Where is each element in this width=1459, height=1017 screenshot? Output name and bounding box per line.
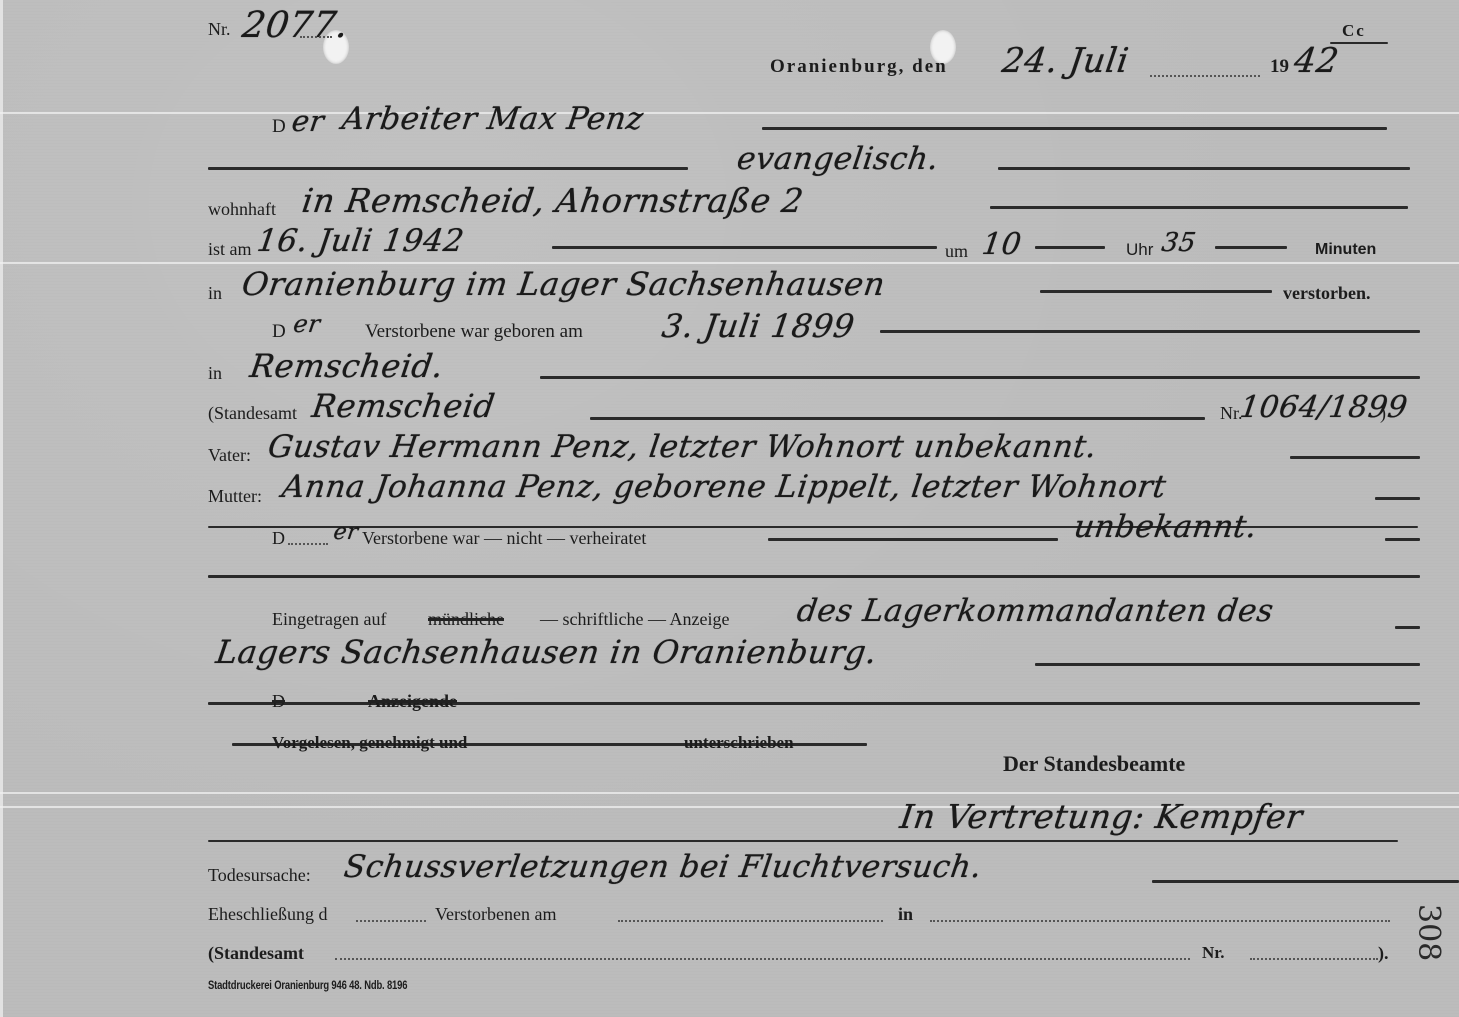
- deceased-article-prefix: D: [272, 117, 286, 136]
- marriage-nr-label: Nr.: [1202, 944, 1225, 961]
- marriage-in-label: in: [898, 905, 913, 923]
- birth-registry: Remscheid: [310, 390, 497, 422]
- fill-rule: [990, 206, 1408, 209]
- informant-struck-d: D: [272, 692, 285, 710]
- fill-rule: [998, 167, 1410, 170]
- fill-rule: [208, 575, 1420, 578]
- died-label: verstorben.: [1283, 284, 1370, 302]
- birth-place-label: in: [208, 364, 222, 382]
- death-date: 16. Juli 1942: [255, 226, 466, 257]
- year-suffix: 42: [1292, 44, 1341, 78]
- death-hour-label: um: [945, 242, 968, 260]
- scan-artifact-line: [0, 792, 1459, 794]
- fill-rule: [1035, 663, 1420, 666]
- uhr-label: Uhr: [1126, 241, 1153, 258]
- year-prefix: 19: [1270, 57, 1289, 76]
- deceased-residence: in Remscheid, Ahornstraße 2: [300, 184, 806, 217]
- marital-article-suffix: er: [332, 522, 360, 544]
- scan-artifact-line: [0, 262, 1459, 264]
- fill-rule: [1395, 626, 1420, 629]
- father-label: Vater:: [208, 446, 251, 464]
- fill-dots: [300, 36, 332, 38]
- registration-label: Eingetragen auf: [272, 610, 386, 628]
- fill-rule: [540, 376, 1420, 379]
- death-minutes: 35: [1160, 230, 1198, 256]
- fill-dots: [930, 920, 1390, 922]
- mother-name: Anna Johanna Penz, geborene Lippelt, let…: [280, 472, 1168, 503]
- printer-imprint: Stadtdruckerei Oranienburg 946 48. Ndb. …: [208, 981, 407, 993]
- marriage-close: ).: [1378, 944, 1389, 962]
- margin-number: 308: [1411, 904, 1446, 961]
- fill-rule: [1385, 538, 1420, 541]
- mother-residence-cont: unbekannt.: [1072, 512, 1259, 543]
- registrar-signature: In Vertretung: Kempfer: [898, 800, 1305, 833]
- marriage-label: Eheschließung d: [208, 905, 327, 923]
- birth-place: Remscheid.: [248, 350, 446, 382]
- fill-rule: [1215, 246, 1287, 249]
- signature-rule: [208, 840, 1398, 842]
- registrar-title: Der Standesbeamte: [1003, 753, 1185, 775]
- fill-dots: [335, 958, 1190, 960]
- fill-dots: [356, 920, 426, 922]
- registration-oral-struck: mündliche: [428, 610, 504, 628]
- fill-rule: [1290, 456, 1420, 459]
- register-number-label: Nr.: [208, 20, 231, 38]
- fill-rule: [552, 246, 937, 249]
- fill-rule: [208, 167, 688, 170]
- residence-label: wohnhaft: [208, 200, 276, 218]
- date-day-month: 24. Juli: [1000, 44, 1131, 78]
- marriage-registry-label: (Standesamt: [208, 944, 304, 962]
- marital-article-prefix: D: [272, 529, 285, 547]
- register-number: 2077.: [240, 8, 351, 44]
- death-hour: 10: [980, 230, 1023, 260]
- fill-rule: [590, 417, 1205, 420]
- read-approved-struck: Vorgelesen, genehmigt und: [272, 734, 467, 751]
- signed-struck: unterschrieben: [684, 734, 794, 751]
- place-date-prefix: Oranienburg, den: [770, 57, 948, 76]
- death-certificate-page: Nr. 2077. Cc Oranienburg, den 24. Juli 1…: [0, 0, 1459, 1017]
- fill-rule: [1040, 290, 1272, 293]
- cause-of-death: Schussverletzungen bei Fluchtversuch.: [342, 852, 984, 883]
- birth-article-prefix: D: [272, 322, 286, 341]
- minutes-label: Minuten: [1315, 242, 1376, 258]
- birth-registry-label: (Standesamt: [208, 404, 297, 422]
- mother-label: Mutter:: [208, 487, 262, 505]
- fill-rule: [1152, 880, 1459, 883]
- deceased-religion: evangelisch.: [735, 144, 941, 175]
- scan-artifact-line: [0, 112, 1459, 114]
- deceased-name: Arbeiter Max Penz: [340, 104, 645, 135]
- fill-rule: [768, 538, 1058, 541]
- birth-registry-close: ): [1380, 404, 1386, 422]
- death-place-label: in: [208, 284, 222, 302]
- fill-dots: [618, 920, 883, 922]
- scan-edge: [0, 0, 3, 1017]
- marriage-deceased-label: Verstorbenen am: [435, 905, 556, 923]
- birth-date: 3. Juli 1899: [660, 310, 857, 342]
- informant-cont: Lagers Sachsenhausen in Oranienburg.: [214, 636, 879, 668]
- marital-label: Verstorbene war — nicht — verheiratet: [362, 529, 646, 547]
- fill-rule: [1035, 246, 1105, 249]
- death-place: Oranienburg im Lager Sachsenhausen: [240, 268, 887, 300]
- fill-rule: [762, 127, 1387, 130]
- form-code: Cc: [1342, 22, 1366, 39]
- deceased-article-suffix: er: [290, 107, 326, 136]
- birth-article-suffix: er: [292, 312, 322, 336]
- fill-dots: [288, 543, 328, 545]
- registration-written-label: — schriftliche — Anzeige: [540, 610, 729, 628]
- fill-dots: [1150, 75, 1260, 77]
- birth-label: Verstorbene war geboren am: [365, 322, 583, 341]
- death-date-label: ist am: [208, 240, 252, 258]
- fill-rule: [880, 330, 1420, 333]
- father-name: Gustav Hermann Penz, letzter Wohnort unb…: [266, 432, 1099, 463]
- fill-rule: [1375, 497, 1420, 500]
- fill-dots: [1250, 958, 1378, 960]
- informant-struck: Anzeigende: [368, 692, 457, 710]
- informant: des Lagerkommandanten des: [795, 596, 1276, 627]
- cause-label: Todesursache:: [208, 866, 311, 884]
